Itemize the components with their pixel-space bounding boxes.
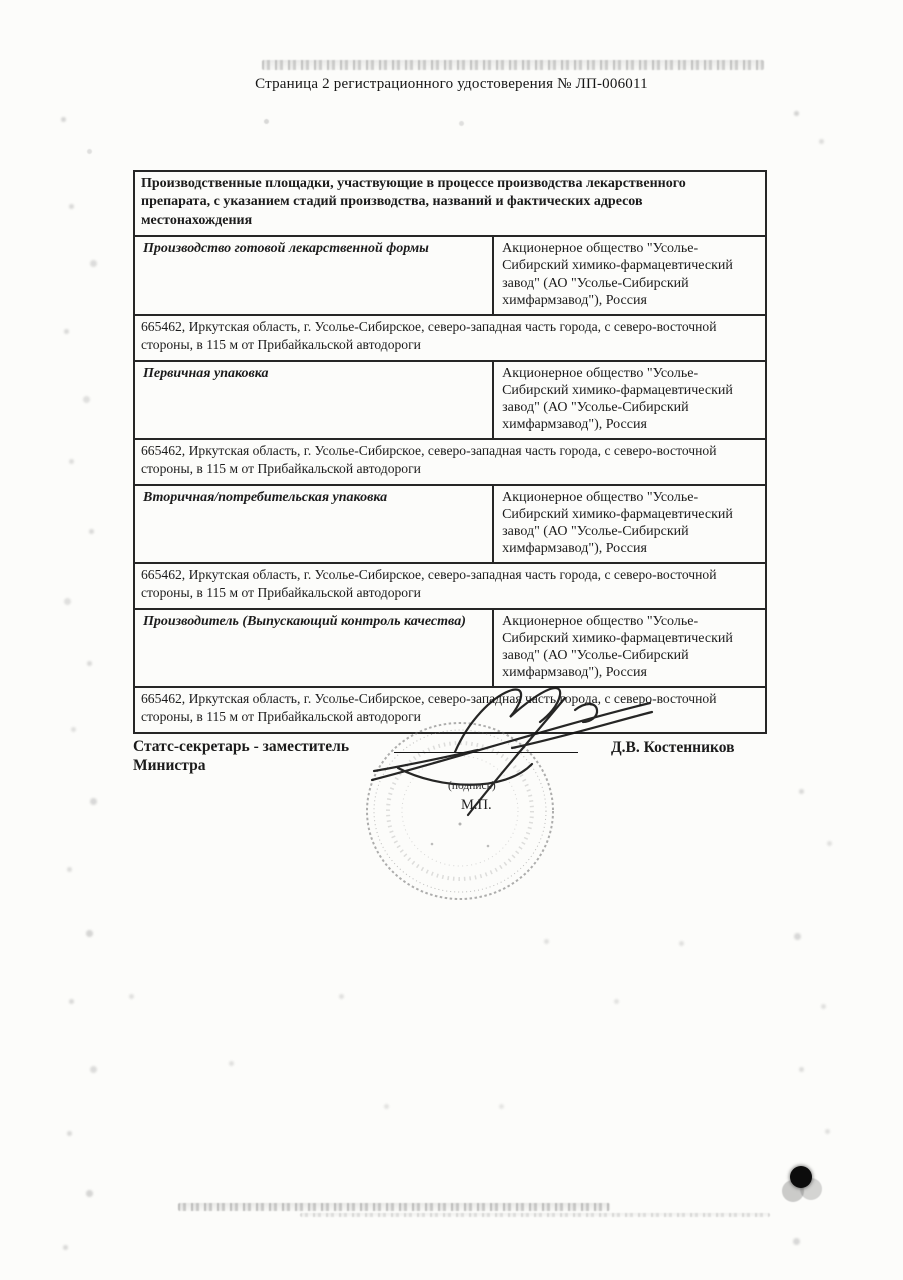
table-title: Производственные площадки, участвующие в… [135, 172, 765, 235]
stage-cell: Вторичная/потребительская упаковка [135, 486, 494, 562]
punch-hole-mark [790, 1166, 812, 1188]
address-cell: 665462, Иркутская область, г. Усолье-Сиб… [135, 438, 765, 484]
seal-place-caption: М.П. [461, 797, 492, 814]
scan-artifact-bottom-band [178, 1203, 610, 1211]
signature-caption: (подпись) [448, 780, 496, 792]
address-cell: 665462, Иркутская область, г. Усолье-Сиб… [135, 562, 765, 608]
signature-line [394, 752, 578, 753]
production-sites-table: Производственные площадки, участвующие в… [133, 170, 767, 734]
page-header: Страница 2 регистрационного удостоверени… [0, 76, 903, 93]
company-cell: Акционерное общество "Усолье-Сибирский х… [494, 362, 765, 438]
table-row: Производство готовой лекарственной формы… [135, 235, 765, 313]
company-cell: Акционерное общество "Усолье-Сибирский х… [494, 486, 765, 562]
table-row: Первичная упаковка Акционерное общество … [135, 360, 765, 438]
scan-noise-speckles [0, 0, 3, 3]
scan-artifact-top-band [262, 60, 764, 70]
signer-position-title: Статс-секретарь - заместитель Министра [133, 737, 393, 776]
stage-cell: Производство готовой лекарственной формы [135, 237, 494, 313]
scan-artifact-bottom-line [300, 1213, 770, 1217]
signer-name: Д.В. Костенников [611, 739, 734, 757]
stage-cell: Первичная упаковка [135, 362, 494, 438]
address-cell: 665462, Иркутская область, г. Усолье-Сиб… [135, 314, 765, 360]
company-cell: Акционерное общество "Усолье-Сибирский х… [494, 237, 765, 313]
table-row: Вторичная/потребительская упаковка Акцио… [135, 484, 765, 562]
document-page: Страница 2 регистрационного удостоверени… [0, 0, 903, 1280]
